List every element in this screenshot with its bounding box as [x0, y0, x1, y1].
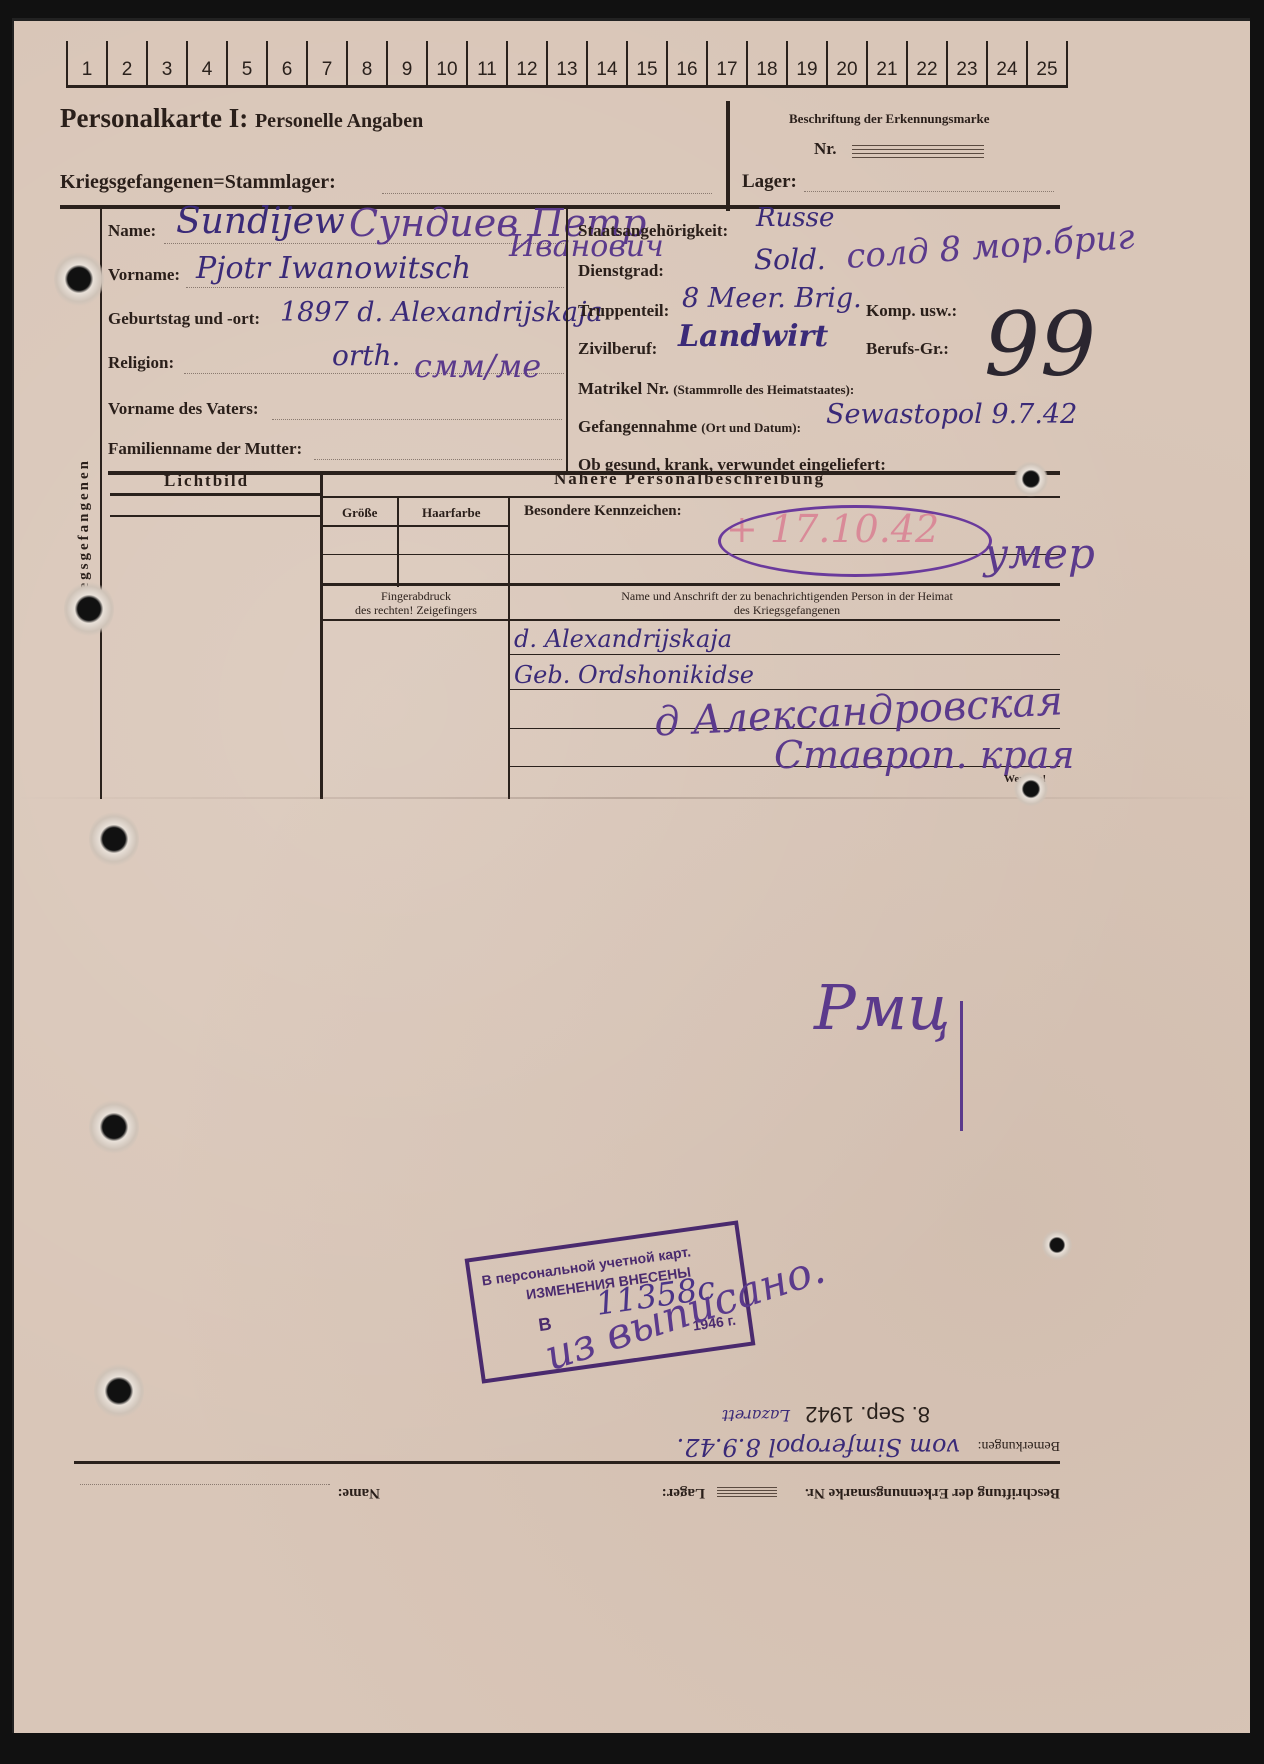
vater-label: Vorname des Vaters: [108, 399, 258, 419]
dienstgrad-label: Dienstgrad: [578, 261, 664, 281]
truppenteil-value[interactable]: 8 Meer. Brig. [682, 283, 862, 314]
strip-cell: 21 [866, 41, 906, 85]
section-title: Nähere Personalbeschreibung [554, 469, 825, 489]
strip-cell: 22 [906, 41, 946, 85]
personal-card: 1234567891011121314151617181920212223242… [12, 18, 1250, 1733]
strip-cell: 20 [826, 41, 866, 85]
strip-cell: 2 [106, 41, 146, 85]
name-value[interactable]: Sundijew [176, 201, 345, 242]
punch-hole [64, 581, 114, 637]
kennzeichen-label: Besondere Kennzeichen: [524, 503, 682, 520]
strip-cell: 18 [746, 41, 786, 85]
lager-field[interactable] [804, 191, 1054, 192]
dienstgrad-value[interactable]: Sold. [754, 243, 826, 276]
geburt-label: Geburtstag und -ort: [108, 309, 260, 329]
inverted-footer: Beschriftung der Erkennungsmarke Nr. Lag… [74, 1381, 1060, 1501]
rank-note-cyrillic: солд 8 мор.бриг [845, 217, 1136, 277]
gefangen-value[interactable]: Sewastopol 9.7.42 [826, 399, 1077, 430]
staat-value[interactable]: Russe [756, 203, 834, 233]
berufs-label: Berufs-Gr.: [866, 339, 949, 359]
inverted-lager-label: Lager: [662, 1484, 705, 1501]
bemerkungen-value: vom Simferopol 8.9.42. [677, 1433, 960, 1461]
signature-tail [960, 1001, 963, 1131]
contact-line-2[interactable]: Geb. Ordshonikidse [514, 661, 754, 689]
zivilberuf-label: Zivilberuf: [578, 339, 657, 359]
strip-cell: 4 [186, 41, 226, 85]
vorname-value[interactable]: Pjotr Iwanowitsch [196, 251, 471, 286]
strip-cell: 8 [346, 41, 386, 85]
death-mark-circle [718, 505, 992, 577]
strip-cell: 1 [66, 41, 106, 85]
name-label: Name: [108, 221, 156, 241]
strip-cell: 17 [706, 41, 746, 85]
stammlager-label: Kriegsgefangenen=Stammlager: [60, 171, 336, 194]
religion-label: Religion: [108, 353, 174, 373]
geburt-value[interactable]: 1897 d. Alexandrijskaja [280, 297, 603, 328]
punch-hole [94, 1363, 144, 1419]
erkennungsmarke-label: Beschriftung der Erkennungsmarke [789, 111, 990, 127]
strip-cell: 19 [786, 41, 826, 85]
strip-cell: 23 [946, 41, 986, 85]
strip-cell: 9 [386, 41, 426, 85]
strip-cell: 13 [546, 41, 586, 85]
card-title: Personalkarte I: Personelle Angaben [60, 103, 423, 134]
lichtbild-label: Lichtbild [164, 471, 249, 491]
gefangen-label: Gefangennahme (Ort und Datum): [578, 417, 801, 437]
strip-cell: 25 [1026, 41, 1066, 85]
mutter-field[interactable] [314, 459, 562, 460]
groesse-header: Größe [342, 505, 377, 521]
berufs-value[interactable]: 99 [984, 293, 1096, 396]
religion-value[interactable]: orth. [332, 339, 400, 372]
punch-hole [1042, 1229, 1072, 1261]
matrikel-label: Matrikel Nr. (Stammrolle des Heimatstaat… [578, 379, 854, 399]
strip-cell: 3 [146, 41, 186, 85]
strip-cell: 6 [266, 41, 306, 85]
komp-label: Komp. usw.: [866, 301, 957, 321]
fold-line [14, 797, 1250, 799]
death-note-cyrillic: умер [984, 529, 1095, 578]
punch-hole [89, 811, 139, 867]
haarfarbe-header: Haarfarbe [422, 505, 480, 521]
vorname-label: Vorname: [108, 265, 180, 285]
zivilberuf-value[interactable]: Landwirt [678, 319, 828, 354]
strip-cell: 11 [466, 41, 506, 85]
religion-note-cyrillic: смм/ме [414, 347, 541, 385]
contact-label: Name und Anschrift der zu benachrichtige… [514, 589, 1060, 617]
punch-hole [1014, 771, 1048, 807]
bemerkungen-label: Bemerkungen: [978, 1437, 1060, 1453]
mutter-label: Familienname der Mutter: [108, 439, 302, 459]
strip-cell: 15 [626, 41, 666, 85]
date-note: Lazarett [722, 1406, 790, 1425]
strip-cell: 14 [586, 41, 626, 85]
truppenteil-label: Truppenteil: [578, 301, 669, 321]
staat-label: Staatsangehörigkeit: [578, 221, 728, 241]
punch-hole [1014, 461, 1048, 497]
stammlager-field[interactable] [382, 193, 712, 194]
strip-cell: 12 [506, 41, 546, 85]
strip-cell: 10 [426, 41, 466, 85]
inverted-name-label: Name: [338, 1484, 380, 1501]
inverted-erkennungsmarke-label: Beschriftung der Erkennungsmarke Nr. [805, 1484, 1060, 1501]
nr-field[interactable] [852, 145, 984, 159]
photo-area [110, 517, 320, 799]
nr-label: Nr. [814, 139, 837, 159]
strip-cell: 24 [986, 41, 1026, 85]
punch-hole [54, 251, 104, 307]
number-strip: 1234567891011121314151617181920212223242… [66, 41, 1068, 88]
contact-line-1[interactable]: d. Alexandrijskaja [514, 625, 732, 653]
lager-label: Lager: [742, 171, 797, 193]
strip-cell: 5 [226, 41, 266, 85]
punch-hole [89, 1099, 139, 1155]
signature: Рмц [814, 971, 950, 1044]
strip-cell: 7 [306, 41, 346, 85]
finger-label: Fingerabdruckdes rechten! Zeigefingers [326, 589, 506, 617]
date-stamp: 8. Sep. 1942 [805, 1401, 930, 1427]
vater-field[interactable] [272, 419, 562, 420]
strip-cell: 16 [666, 41, 706, 85]
